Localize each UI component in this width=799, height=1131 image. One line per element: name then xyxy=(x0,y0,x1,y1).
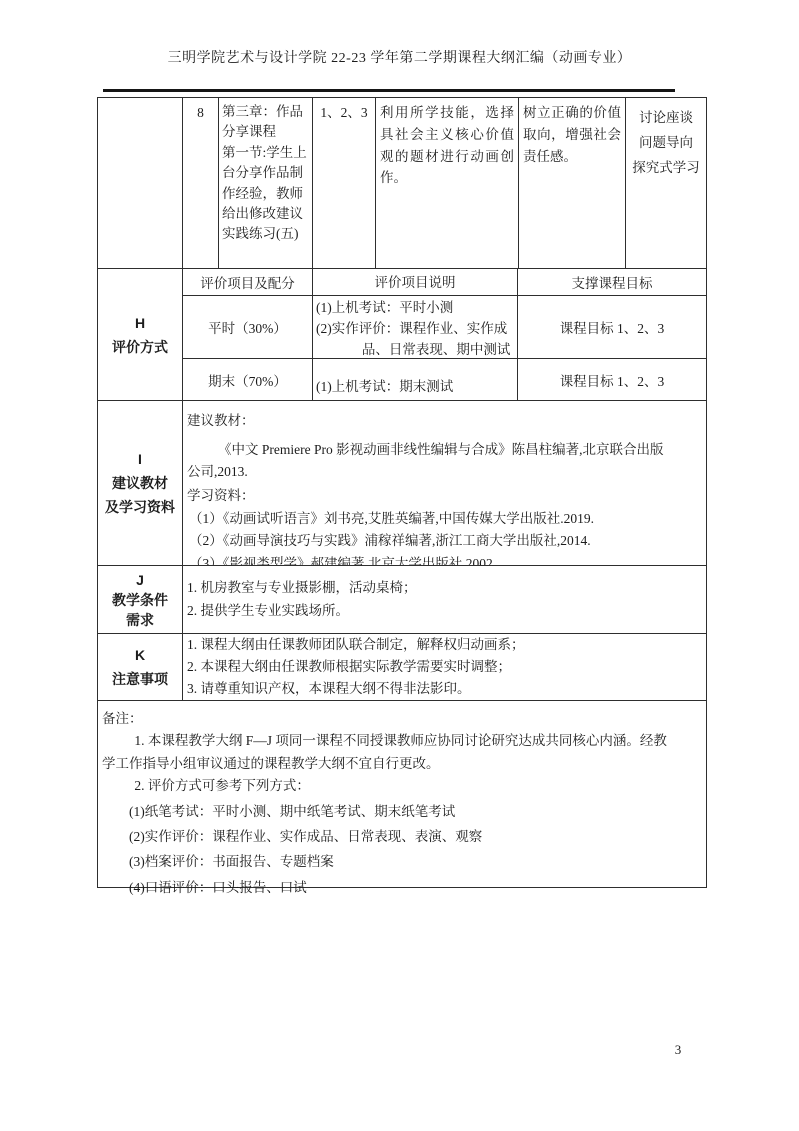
page-number: 3 xyxy=(668,1042,688,1058)
eval-goal-cell: 课程目标 1、2、3 xyxy=(518,296,706,358)
skill-requirement-cell: 利用所学技能，选择具社会主义核心价值观的题材进行动画创作。 xyxy=(376,98,519,268)
section-name: 需求 xyxy=(126,610,154,630)
eval-desc-cell: (1)上机考试：平时小测 (2)实作评价：课程作业、实作成 品、日常表现、期中测… xyxy=(313,296,518,358)
section-code: I xyxy=(138,447,142,471)
notes-content: 1. 课程大纲由任课教师团队联合制定，解释权归动画系； 2. 本课程大纲由任课教… xyxy=(183,634,706,700)
remarks-line: 1. 本课程教学大纲 F—J 项同一课程不同授课教师应协同讨论研究达成共同核心内… xyxy=(102,730,696,752)
materials-section: I 建议教材 及学习资料 建议教材： 《中文 Premiere Pro 影视动画… xyxy=(98,401,706,566)
eval-desc-line: (1)上机考试：平时小测 xyxy=(316,297,514,318)
chapter-content-cell: 第三章：作品分享课程 第一节:学生上台分享作品制作经验，教师给出修改建议 实践练… xyxy=(219,98,313,268)
remarks-section: 备注： 1. 本课程教学大纲 F—J 项同一课程不同授课教师应协同讨论研究达成共… xyxy=(98,701,706,899)
note-item: 1. 课程大纲由任课教师团队联合制定，解释权归动画系； xyxy=(187,634,706,656)
textbook-heading: 建议教材： xyxy=(187,410,700,432)
document-page: 三明学院艺术与设计学院 22-23 学年第二学期课程大纲汇编（动画专业） 8 第… xyxy=(0,0,799,1131)
section-name: 注意事项 xyxy=(112,667,168,691)
remarks-heading: 备注： xyxy=(102,708,696,730)
section-code: J xyxy=(136,570,144,590)
eval-header-item: 评价项目及配分 xyxy=(183,269,313,295)
evaluation-label-cell: H 评价方式 xyxy=(98,269,183,400)
evaluation-method: (3)档案评价：书面报告、专题档案 xyxy=(102,851,696,873)
remarks-line: 2. 评价方式可参考下列方式： xyxy=(102,775,696,797)
resources-heading: 学习资料： xyxy=(187,485,700,507)
resource-item: （3）《影视类型学》郝建编著,北京大学出版社,2002. xyxy=(187,553,700,565)
evaluation-grid: 评价项目及配分 评价项目说明 支撑课程目标 平时（30%） (1)上机考试：平时… xyxy=(183,269,706,400)
section-name: 及学习资料 xyxy=(105,495,175,519)
remarks-content: 备注： 1. 本课程教学大纲 F—J 项同一课程不同授课教师应协同讨论研究达成共… xyxy=(98,701,706,899)
week-number-cell: 8 xyxy=(183,98,219,268)
eval-goal-cell: 课程目标 1、2、3 xyxy=(518,359,706,400)
eval-desc-cell: (1)上机考试：期末测试 xyxy=(313,359,518,400)
resource-item: （2）《动画导演技巧与实践》浦稼祥编著,浙江工商大学出版社,2014. xyxy=(187,530,700,552)
eval-item-cell: 期末（70%） xyxy=(183,359,313,400)
notes-section: K 注意事项 1. 课程大纲由任课教师团队联合制定，解释权归动画系； 2. 本课… xyxy=(98,634,706,701)
evaluation-header-row: 评价项目及配分 评价项目说明 支撑课程目标 xyxy=(183,269,706,296)
course-targets-cell: 1、2、3 xyxy=(313,98,376,268)
resource-item: （1）《动画试听语言》刘书亮,艾胜英编著,中国传媒大学出版社.2019. xyxy=(187,508,700,530)
eval-desc-line: 品、日常表现、期中测试 xyxy=(316,339,514,358)
evaluation-method: (2)实作评价：课程作业、实作成品、日常表现、表演、观察 xyxy=(102,826,696,848)
section-code: K xyxy=(135,643,145,667)
eval-header-goal: 支撑课程目标 xyxy=(518,269,706,295)
textbook-line: 《中文 Premiere Pro 影视动画非线性编辑与合成》陈昌柱编著,北京联合… xyxy=(187,439,700,461)
conditions-label-cell: J 教学条件 需求 xyxy=(98,566,183,633)
evaluation-row-regular: 平时（30%） (1)上机考试：平时小测 (2)实作评价：课程作业、实作成 品、… xyxy=(183,296,706,359)
schedule-row: 8 第三章：作品分享课程 第一节:学生上台分享作品制作经验，教师给出修改建议 实… xyxy=(98,98,706,269)
ideology-goal-cell: 树立正确的价值取向，增强社会责任感。 xyxy=(519,98,626,268)
document-title: 三明学院艺术与设计学院 22-23 学年第二学期课程大纲汇编（动画专业） xyxy=(0,47,799,67)
evaluation-section: H 评价方式 评价项目及配分 评价项目说明 支撑课程目标 平时（30%） (1)… xyxy=(98,269,706,401)
condition-item: 2. 提供学生专业实践场所。 xyxy=(187,600,706,623)
section-code: H xyxy=(135,311,145,335)
evaluation-method: (4)口语评价：口头报告、口试 xyxy=(102,877,696,899)
chapter-line: 第一节:学生上台分享作品制作经验，教师给出修改建议 xyxy=(222,143,309,225)
notes-label-cell: K 注意事项 xyxy=(98,634,183,700)
note-item: 2. 本课程大纲由任课教师根据实际教学需要实时调整； xyxy=(187,656,706,678)
materials-content: 建议教材： 《中文 Premiere Pro 影视动画非线性编辑与合成》陈昌柱编… xyxy=(183,401,706,565)
conditions-section: J 教学条件 需求 1. 机房教室与专业摄影棚，活动桌椅； 2. 提供学生专业实… xyxy=(98,566,706,634)
textbook-line: 公司,2013. xyxy=(187,461,700,483)
teaching-methods-cell: 讨论座谈 问题导向 探究式学习 xyxy=(626,98,706,268)
syllabus-table: 8 第三章：作品分享课程 第一节:学生上台分享作品制作经验，教师给出修改建议 实… xyxy=(97,97,707,888)
eval-desc-line: (2)实作评价：课程作业、实作成 xyxy=(316,318,514,339)
chapter-line: 实践练习(五) xyxy=(222,224,309,244)
condition-item: 1. 机房教室与专业摄影棚，活动桌椅； xyxy=(187,577,706,600)
evaluation-row-final: 期末（70%） (1)上机考试：期末测试 课程目标 1、2、3 xyxy=(183,359,706,400)
teaching-method: 讨论座谈 xyxy=(630,105,702,130)
section-name: 教学条件 xyxy=(112,590,168,610)
teaching-method: 问题导向 xyxy=(630,130,702,155)
conditions-content: 1. 机房教室与专业摄影棚，活动桌椅； 2. 提供学生专业实践场所。 xyxy=(183,566,706,633)
remarks-line: 学工作指导小组审议通过的课程教学大纲不宜自行更改。 xyxy=(102,753,696,775)
eval-item-cell: 平时（30%） xyxy=(183,296,313,358)
chapter-line: 第三章：作品分享课程 xyxy=(222,102,309,143)
eval-desc-line: (1)上机考试：期末测试 xyxy=(316,376,453,397)
evaluation-method: (1)纸笔考试：平时小测、期中纸笔考试、期末纸笔考试 xyxy=(102,801,696,823)
section-name: 建议教材 xyxy=(112,471,168,495)
materials-label-cell: I 建议教材 及学习资料 xyxy=(98,401,183,565)
section-name: 评价方式 xyxy=(112,335,168,359)
header-rule xyxy=(103,89,675,92)
eval-header-desc: 评价项目说明 xyxy=(313,269,518,295)
teaching-method: 探究式学习 xyxy=(630,155,702,180)
note-item: 3. 请尊重知识产权，本课程大纲不得非法影印。 xyxy=(187,678,706,700)
schedule-empty-cell xyxy=(98,98,183,268)
